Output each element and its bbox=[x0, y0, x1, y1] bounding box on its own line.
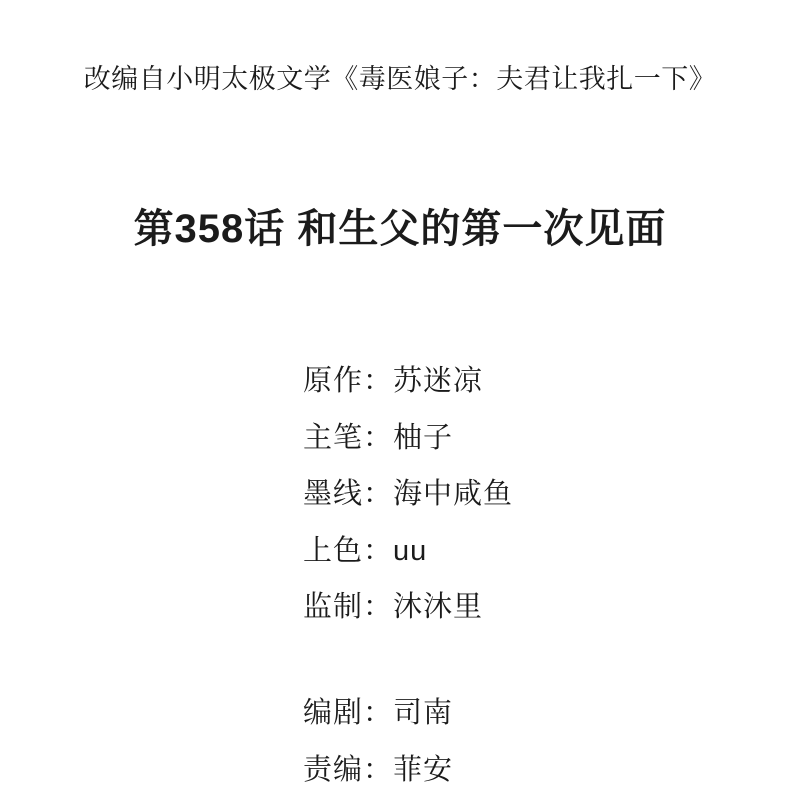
credit-colon: ： bbox=[363, 535, 393, 567]
credit-name: 苏迷凉 bbox=[393, 365, 483, 397]
credits-editorial-group: 编剧：司南 责编：菲安 bbox=[303, 685, 453, 798]
credit-role: 墨线 bbox=[303, 478, 363, 510]
credit-colon: ： bbox=[363, 365, 393, 397]
credit-role: 上色 bbox=[303, 535, 363, 567]
credit-line-lead-artist: 主笔：柚子 bbox=[303, 410, 513, 467]
credit-role: 编剧 bbox=[303, 697, 363, 729]
credit-line-inking: 墨线：海中咸鱼 bbox=[303, 466, 513, 523]
credit-name: 菲安 bbox=[393, 754, 453, 786]
credit-name: uu bbox=[393, 535, 427, 567]
credit-colon: ： bbox=[363, 422, 393, 454]
credit-role: 原作 bbox=[303, 365, 363, 397]
credit-line-coloring: 上色：uu bbox=[303, 523, 513, 580]
credit-line-editor: 责编：菲安 bbox=[303, 742, 453, 799]
adaptation-note: 改编自小明太极文学《毒医娘子：夫君让我扎一下》 bbox=[0, 63, 800, 95]
credit-name: 沐沐里 bbox=[393, 591, 483, 623]
credit-name: 司南 bbox=[393, 697, 453, 729]
credit-line-screenwriter: 编剧：司南 bbox=[303, 685, 453, 742]
credit-colon: ： bbox=[363, 591, 393, 623]
credit-role: 责编 bbox=[303, 754, 363, 786]
chapter-title: 第358话 和生父的第一次见面 bbox=[0, 206, 800, 252]
credit-colon: ： bbox=[363, 754, 393, 786]
comic-credits-page: 改编自小明太极文学《毒医娘子：夫君让我扎一下》 第358话 和生父的第一次见面 … bbox=[0, 0, 800, 800]
credit-role: 主笔 bbox=[303, 422, 363, 454]
credit-name: 海中咸鱼 bbox=[393, 478, 513, 510]
credit-role: 监制 bbox=[303, 591, 363, 623]
credit-colon: ： bbox=[363, 697, 393, 729]
credit-colon: ： bbox=[363, 478, 393, 510]
credits-production-group: 原作：苏迷凉 主笔：柚子 墨线：海中咸鱼 上色：uu 监制：沐沐里 bbox=[303, 353, 513, 636]
credit-line-supervision: 监制：沐沐里 bbox=[303, 579, 513, 636]
credit-name: 柚子 bbox=[393, 422, 453, 454]
credit-line-original-work: 原作：苏迷凉 bbox=[303, 353, 513, 410]
